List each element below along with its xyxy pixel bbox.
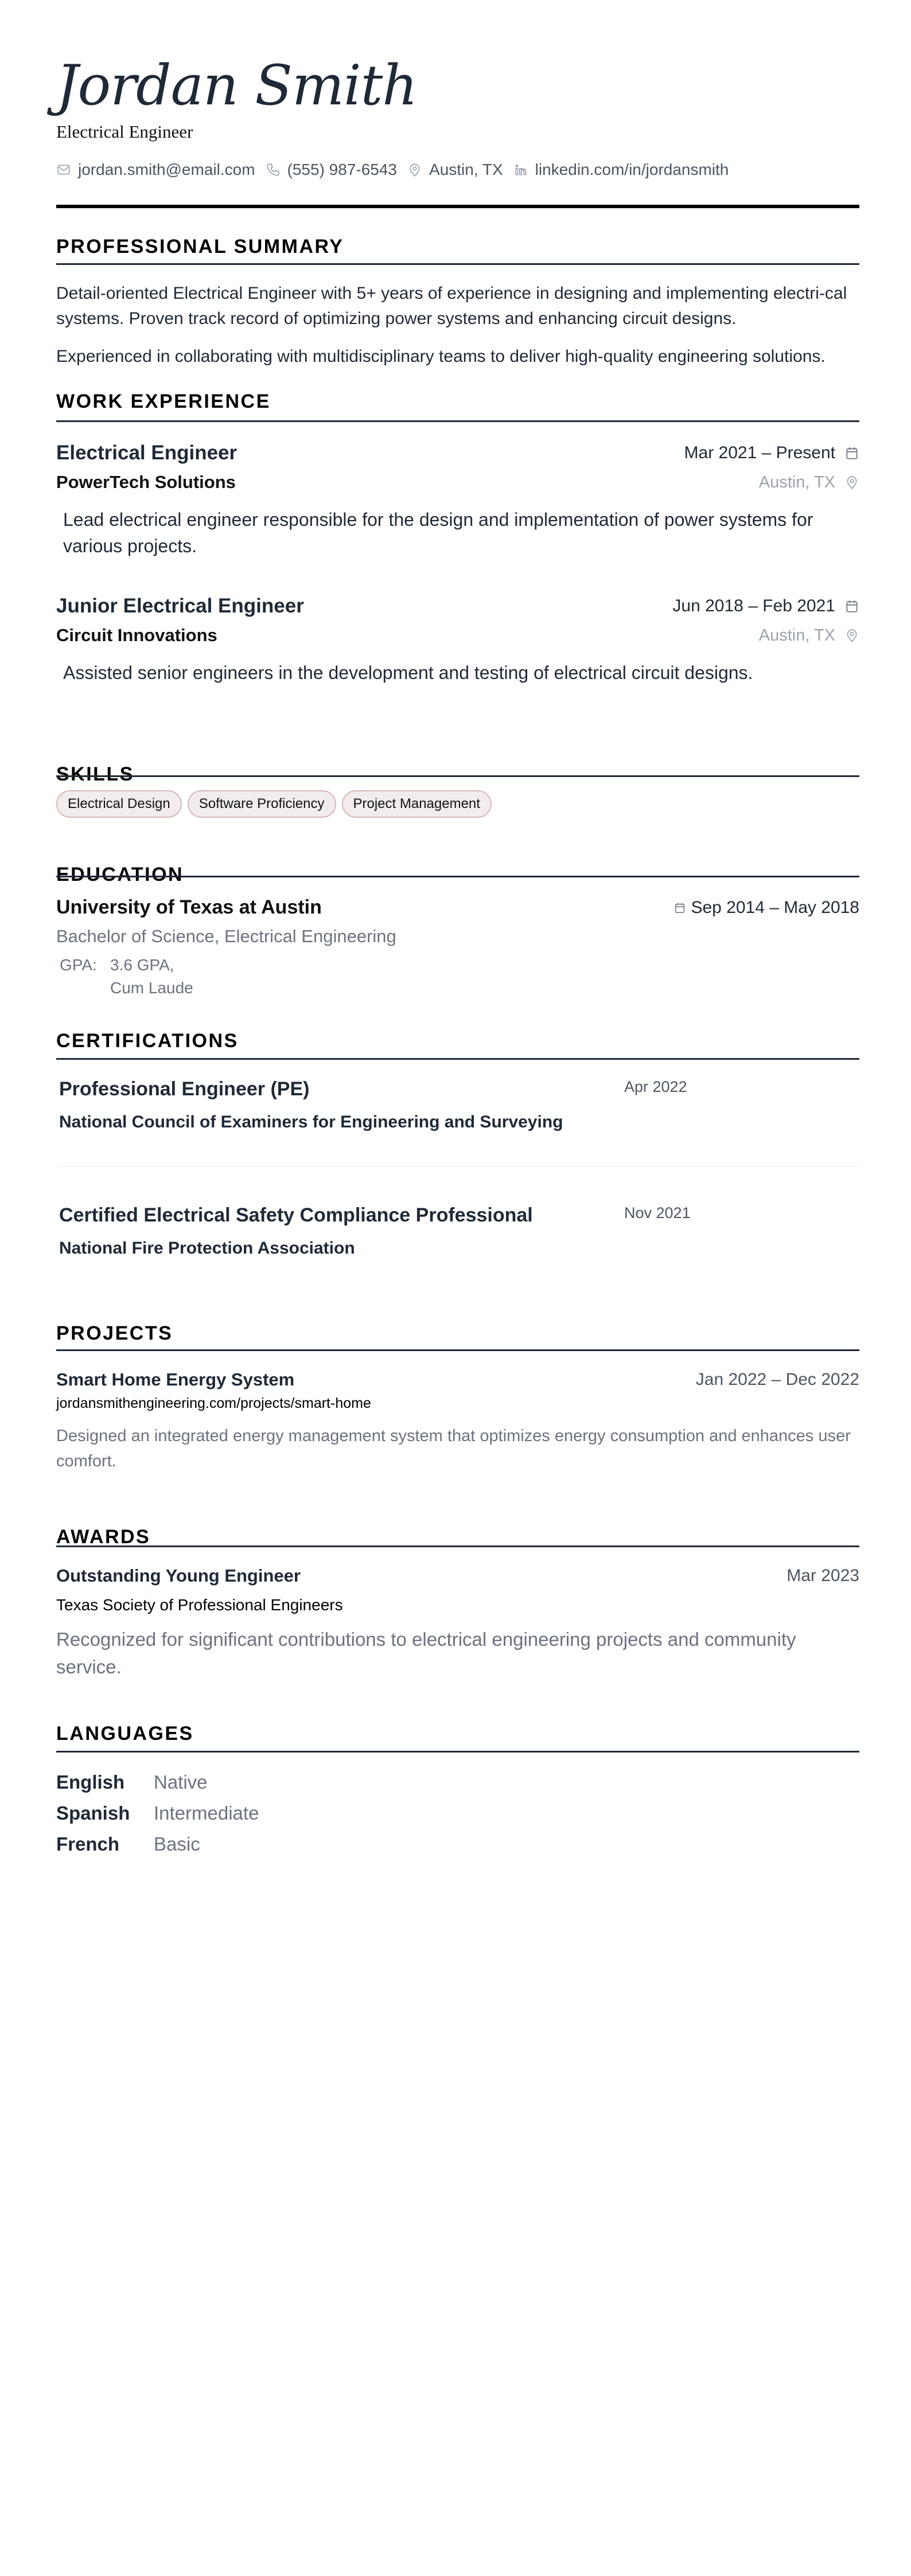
project-link[interactable]: jordansmithengineering.com/projects/smar… [56, 1395, 371, 1412]
cert-date: Nov 2021 [624, 1204, 691, 1222]
mail-icon [56, 162, 71, 177]
job-location-text: Austin, TX [759, 473, 835, 492]
cert-title: Professional Engineer (PE) [59, 1078, 309, 1100]
candidate-title: Electrical Engineer [56, 122, 193, 142]
gpa-row: GPA: 3.6 GPA, Cum Laude [60, 954, 225, 1000]
skills-list: Electrical Design Software Proficiency P… [56, 790, 492, 818]
company-name: PowerTech Solutions [56, 472, 236, 493]
section-divider [56, 1751, 859, 1753]
job-subheader: PowerTech Solutions Austin, TX [56, 472, 859, 493]
section-title-certifications: CERTIFICATIONS [56, 1029, 239, 1052]
contact-email[interactable]: jordan.smith@email.com [56, 161, 255, 179]
phone-text: (555) 987-6543 [287, 161, 397, 179]
section-divider [56, 420, 859, 422]
section-divider [56, 1058, 859, 1060]
education-degree-row: Bachelor of Science, Electrical Engineer… [56, 926, 859, 947]
section-title-skills: SKILLS [56, 763, 134, 786]
gpa-value: 3.6 GPA, Cum Laude [110, 954, 225, 1000]
language-level: Native [154, 1771, 208, 1794]
language-name: English [56, 1771, 154, 1794]
section-divider [56, 1545, 859, 1547]
section-divider [56, 876, 859, 877]
map-pin-icon [844, 628, 859, 643]
cert-divider [59, 1166, 859, 1167]
job-description: Lead electrical engineer responsible for… [63, 506, 859, 559]
calendar-icon [673, 901, 686, 914]
job-dates: Mar 2021 – Present [684, 443, 859, 463]
job-title: Junior Electrical Engineer [56, 595, 304, 618]
degree: Bachelor of Science, Electrical Engineer… [56, 926, 396, 947]
job-dates-text: Jun 2018 – Feb 2021 [672, 596, 835, 616]
language-level: Intermediate [154, 1802, 259, 1825]
section-title-languages: LANGUAGES [56, 1722, 194, 1745]
cert-title: Certified Electrical Safety Compliance P… [59, 1204, 533, 1227]
project-dates: Jan 2022 – Dec 2022 [696, 1370, 859, 1390]
language-name: French [56, 1833, 154, 1856]
gpa-number: 3.6 GPA, [110, 956, 174, 974]
section-title-projects: PROJECTS [56, 1322, 173, 1345]
cert-issuer: National Fire Protection Association [59, 1239, 355, 1258]
job-location: Austin, TX [759, 473, 859, 492]
section-title-awards: AWARDS [56, 1525, 150, 1548]
section-divider [56, 775, 859, 777]
job-title: Electrical Engineer [56, 442, 237, 465]
contact-linkedin[interactable]: linkedin.com/in/jordansmith [513, 161, 729, 179]
job-location-text: Austin, TX [759, 626, 835, 645]
section-title-summary: PROFESSIONAL SUMMARY [56, 235, 344, 258]
calendar-icon [844, 446, 859, 460]
language-row: Spanish Intermediate [56, 1802, 259, 1825]
header-divider [56, 205, 859, 208]
cert-date: Apr 2022 [624, 1078, 687, 1096]
linkedin-text: linkedin.com/in/jordansmith [535, 161, 729, 179]
gpa-honor: Cum Laude [110, 979, 193, 997]
contact-phone[interactable]: (555) 987-6543 [266, 161, 397, 179]
award-description: Recognized for significant contributions… [56, 1626, 859, 1681]
section-divider [56, 263, 859, 265]
section-divider [56, 1349, 859, 1351]
section-title-education: EDUCATION [56, 863, 184, 886]
job-header: Electrical Engineer Mar 2021 – Present [56, 442, 859, 465]
job-subheader: Circuit Innovations Austin, TX [56, 625, 859, 646]
job-description: Assisted senior engineers in the develop… [63, 659, 859, 686]
email-text: jordan.smith@email.com [78, 161, 255, 179]
award-issuer: Texas Society of Professional Engineers [56, 1596, 343, 1614]
location-text: Austin, TX [429, 161, 503, 179]
section-title-experience: WORK EXPERIENCE [56, 390, 271, 413]
award-date: Mar 2023 [787, 1566, 859, 1586]
award-title: Outstanding Young Engineer [56, 1566, 301, 1586]
education-dates-text: Sep 2014 – May 2018 [691, 898, 859, 918]
summary-paragraph: Detail-oriented Electrical Engineer with… [56, 281, 859, 331]
job-dates: Jun 2018 – Feb 2021 [672, 596, 859, 616]
candidate-name: Jordan Smith [56, 54, 417, 117]
company-name: Circuit Innovations [56, 625, 217, 646]
education-dates: Sep 2014 – May 2018 [673, 898, 859, 918]
contact-location: Austin, TX [407, 161, 503, 179]
language-level: Basic [154, 1833, 200, 1856]
award-header: Outstanding Young Engineer Mar 2023 [56, 1566, 859, 1586]
linkedin-icon [513, 162, 528, 177]
project-title: Smart Home Energy System [56, 1369, 294, 1390]
map-pin-icon [844, 475, 859, 490]
gpa-label: GPA: [60, 954, 110, 1000]
education-header: University of Texas at Austin Sep 2014 –… [56, 896, 859, 919]
job-header: Junior Electrical Engineer Jun 2018 – Fe… [56, 595, 859, 618]
project-header: Smart Home Energy System Jan 2022 – Dec … [56, 1369, 859, 1390]
language-row: French Basic [56, 1833, 200, 1856]
calendar-icon [844, 599, 859, 614]
summary-paragraph: Experienced in collaborating with multid… [56, 344, 859, 369]
map-pin-icon [407, 162, 422, 177]
job-location: Austin, TX [759, 626, 859, 645]
school-name: University of Texas at Austin [56, 896, 322, 919]
contact-row: jordan.smith@email.com (555) 987-6543 Au… [56, 161, 739, 179]
skill-tag: Software Proficiency [188, 790, 336, 818]
language-name: Spanish [56, 1802, 154, 1825]
skill-tag: Project Management [342, 790, 492, 818]
language-row: English Native [56, 1771, 208, 1794]
skill-tag: Electrical Design [56, 790, 182, 818]
phone-icon [266, 162, 281, 177]
cert-issuer: National Council of Examiners for Engine… [59, 1113, 563, 1132]
project-description: Designed an integrated energy management… [56, 1423, 859, 1474]
job-dates-text: Mar 2021 – Present [684, 443, 835, 463]
